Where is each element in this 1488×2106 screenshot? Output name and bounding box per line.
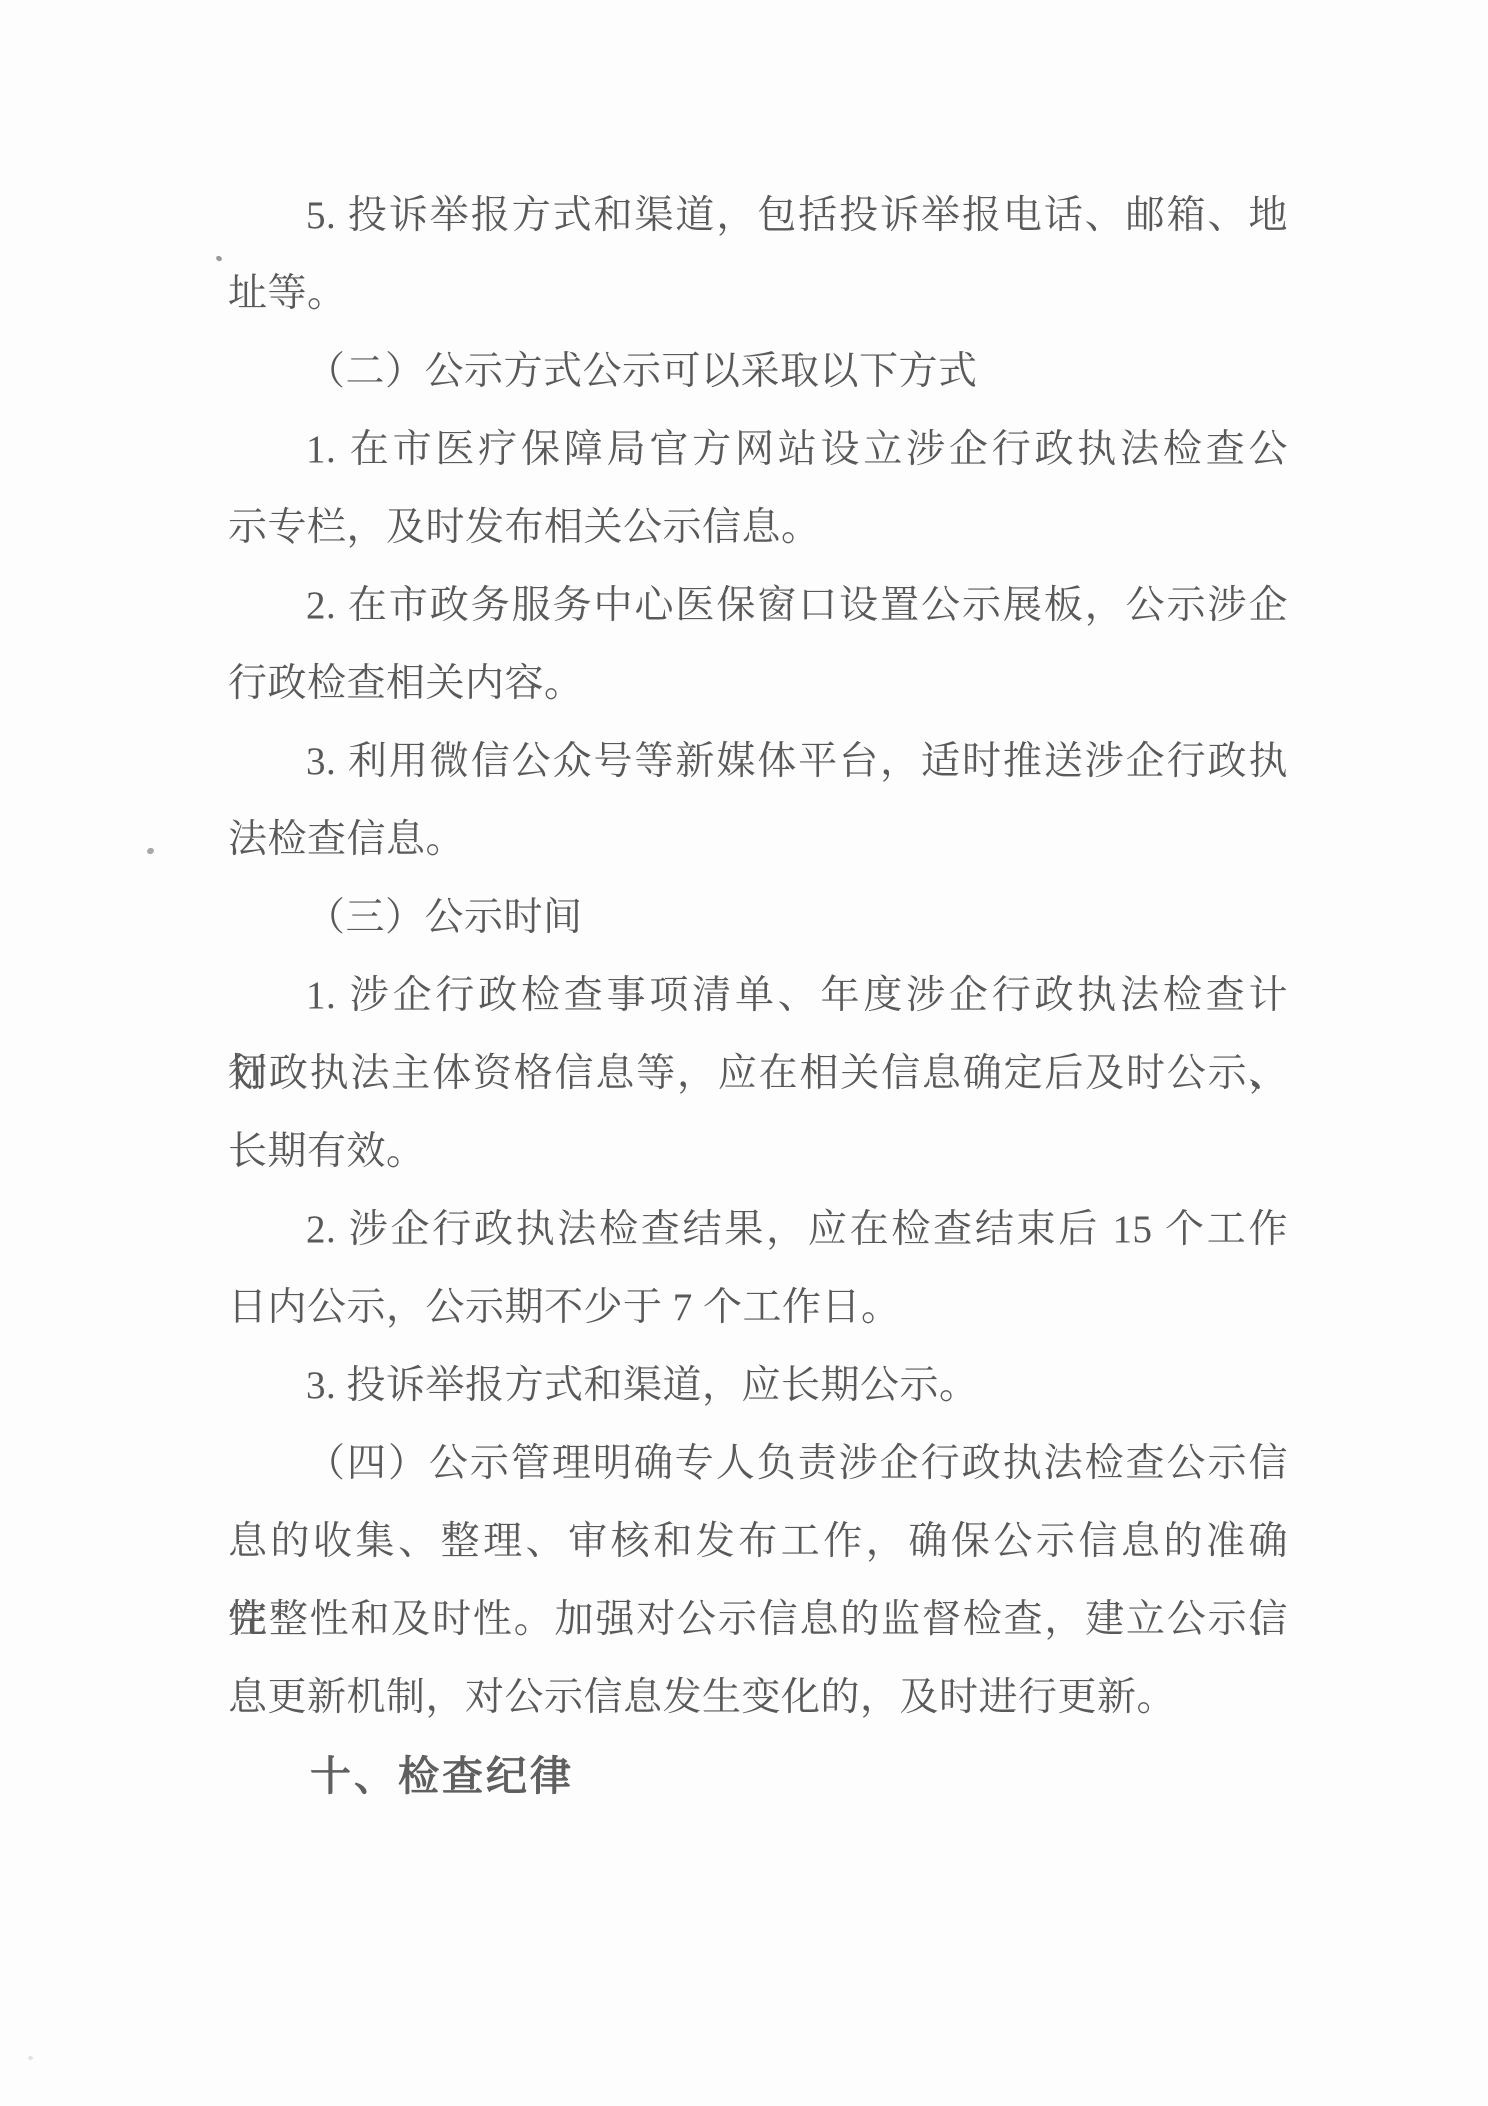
text-line: 息更新机制，对公示信息发生变化的，及时进行更新。 xyxy=(228,1659,1288,1737)
scan-artifact xyxy=(28,2056,33,2060)
text-line: 1. 涉企行政检查事项清单、年度涉企行政执法检查计划、 xyxy=(228,957,1288,1035)
text-line: 5. 投诉举报方式和渠道，包括投诉举报电话、邮箱、地 xyxy=(228,177,1288,255)
document-body: 5. 投诉举报方式和渠道，包括投诉举报电话、邮箱、地址等。（二）公示方式公示可以… xyxy=(228,177,1288,1815)
section-heading: 十、检查纪律 xyxy=(228,1737,1288,1815)
text-line: （四）公示管理明确专人负责涉企行政执法检查公示信 xyxy=(228,1425,1288,1503)
text-line: 1. 在市医疗保障局官方网站设立涉企行政执法检查公 xyxy=(228,411,1288,489)
text-line: 息的收集、整理、审核和发布工作，确保公示信息的准确性、 xyxy=(228,1503,1288,1581)
scan-artifact xyxy=(146,847,155,855)
text-line: 长期有效。 xyxy=(228,1113,1288,1191)
text-line: 行政检查相关内容。 xyxy=(228,645,1288,723)
text-line: 示专栏，及时发布相关公示信息。 xyxy=(228,489,1288,567)
text-line: 2. 在市政务服务中心医保窗口设置公示展板，公示涉企 xyxy=(228,567,1288,645)
text-line: 行政执法主体资格信息等，应在相关信息确定后及时公示， xyxy=(228,1035,1288,1113)
text-line: （三）公示时间 xyxy=(228,879,1288,957)
text-line: 日内公示，公示期不少于 7 个工作日。 xyxy=(228,1269,1288,1347)
text-line: 完整性和及时性。加强对公示信息的监督检查，建立公示信 xyxy=(228,1581,1288,1659)
text-line: 址等。 xyxy=(228,255,1288,333)
text-line: 2. 涉企行政执法检查结果，应在检查结束后 15 个工作 xyxy=(228,1191,1288,1269)
text-line: （二）公示方式公示可以采取以下方式 xyxy=(228,333,1288,411)
document-page: 5. 投诉举报方式和渠道，包括投诉举报电话、邮箱、地址等。（二）公示方式公示可以… xyxy=(0,0,1488,2106)
text-line: 3. 利用微信公众号等新媒体平台，适时推送涉企行政执 xyxy=(228,723,1288,801)
scan-artifact xyxy=(215,255,223,263)
text-line: 法检查信息。 xyxy=(228,801,1288,879)
text-line: 3. 投诉举报方式和渠道，应长期公示。 xyxy=(228,1347,1288,1425)
